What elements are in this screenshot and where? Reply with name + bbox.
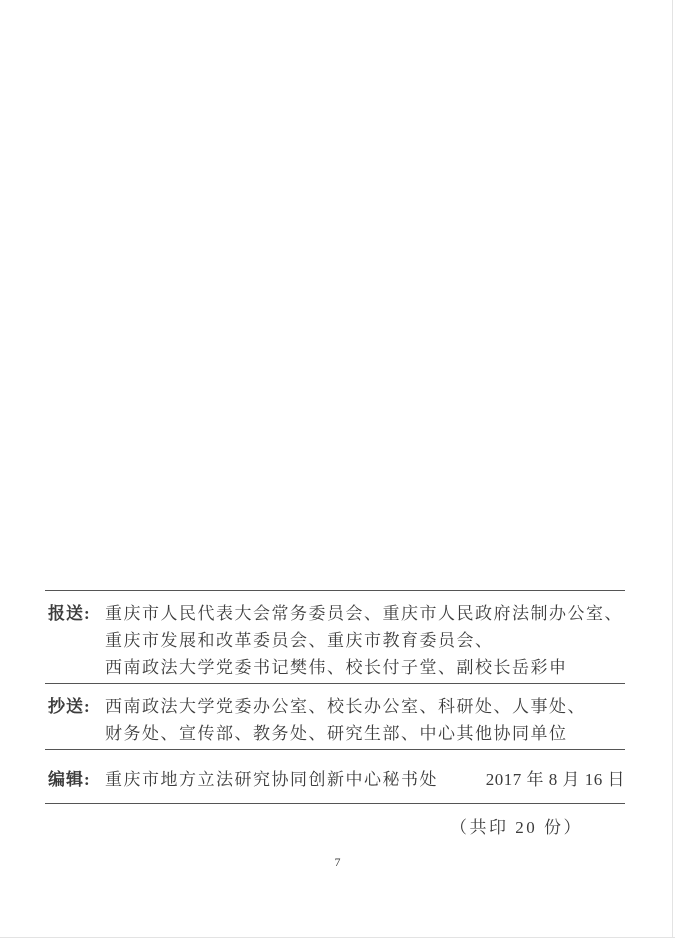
editor-date: 2017 年 8 月 16 日 [486,766,625,793]
copy-to-content: 西南政法大学党委办公室、校长办公室、科研处、人事处、 财务处、宣传部、教务处、研… [105,693,625,747]
editor-content: 重庆市地方立法研究协同创新中心秘书处 2017 年 8 月 16 日 [105,766,625,793]
editor-name: 重庆市地方立法研究协同创新中心秘书处 [105,766,438,793]
editor-row: 重庆市地方立法研究协同创新中心秘书处 2017 年 8 月 16 日 [105,766,625,793]
copy-to-line-2: 财务处、宣传部、教务处、研究生部、中心其他协同单位 [105,720,625,747]
report-to-label: 报送: [48,600,105,627]
copy-to-section: 抄送: 西南政法大学党委办公室、校长办公室、科研处、人事处、 财务处、宣传部、教… [45,684,625,749]
scan-edge-right [672,0,673,938]
divider-bottom [45,803,625,804]
report-to-line-1: 重庆市人民代表大会常务委员会、重庆市人民政府法制办公室、 [105,600,625,627]
print-count: （共印 20 份） [45,813,625,838]
report-to-content: 重庆市人民代表大会常务委员会、重庆市人民政府法制办公室、 重庆市发展和改革委员会… [105,600,625,681]
report-to-line-3: 西南政法大学党委书记樊伟、校长付子堂、副校长岳彩申 [105,654,625,681]
report-to-line-2: 重庆市发展和改革委员会、重庆市教育委员会、 [105,627,625,654]
report-to-section: 报送: 重庆市人民代表大会常务委员会、重庆市人民政府法制办公室、 重庆市发展和改… [45,591,625,683]
distribution-block: 报送: 重庆市人民代表大会常务委员会、重庆市人民政府法制办公室、 重庆市发展和改… [45,590,625,838]
page-number: 7 [0,855,675,870]
editor-section: 编辑: 重庆市地方立法研究协同创新中心秘书处 2017 年 8 月 16 日 [45,750,625,803]
copy-to-label: 抄送: [48,693,105,720]
document-page: 报送: 重庆市人民代表大会常务委员会、重庆市人民政府法制办公室、 重庆市发展和改… [0,0,675,938]
editor-label: 编辑: [48,766,105,793]
copy-to-line-1: 西南政法大学党委办公室、校长办公室、科研处、人事处、 [105,693,625,720]
